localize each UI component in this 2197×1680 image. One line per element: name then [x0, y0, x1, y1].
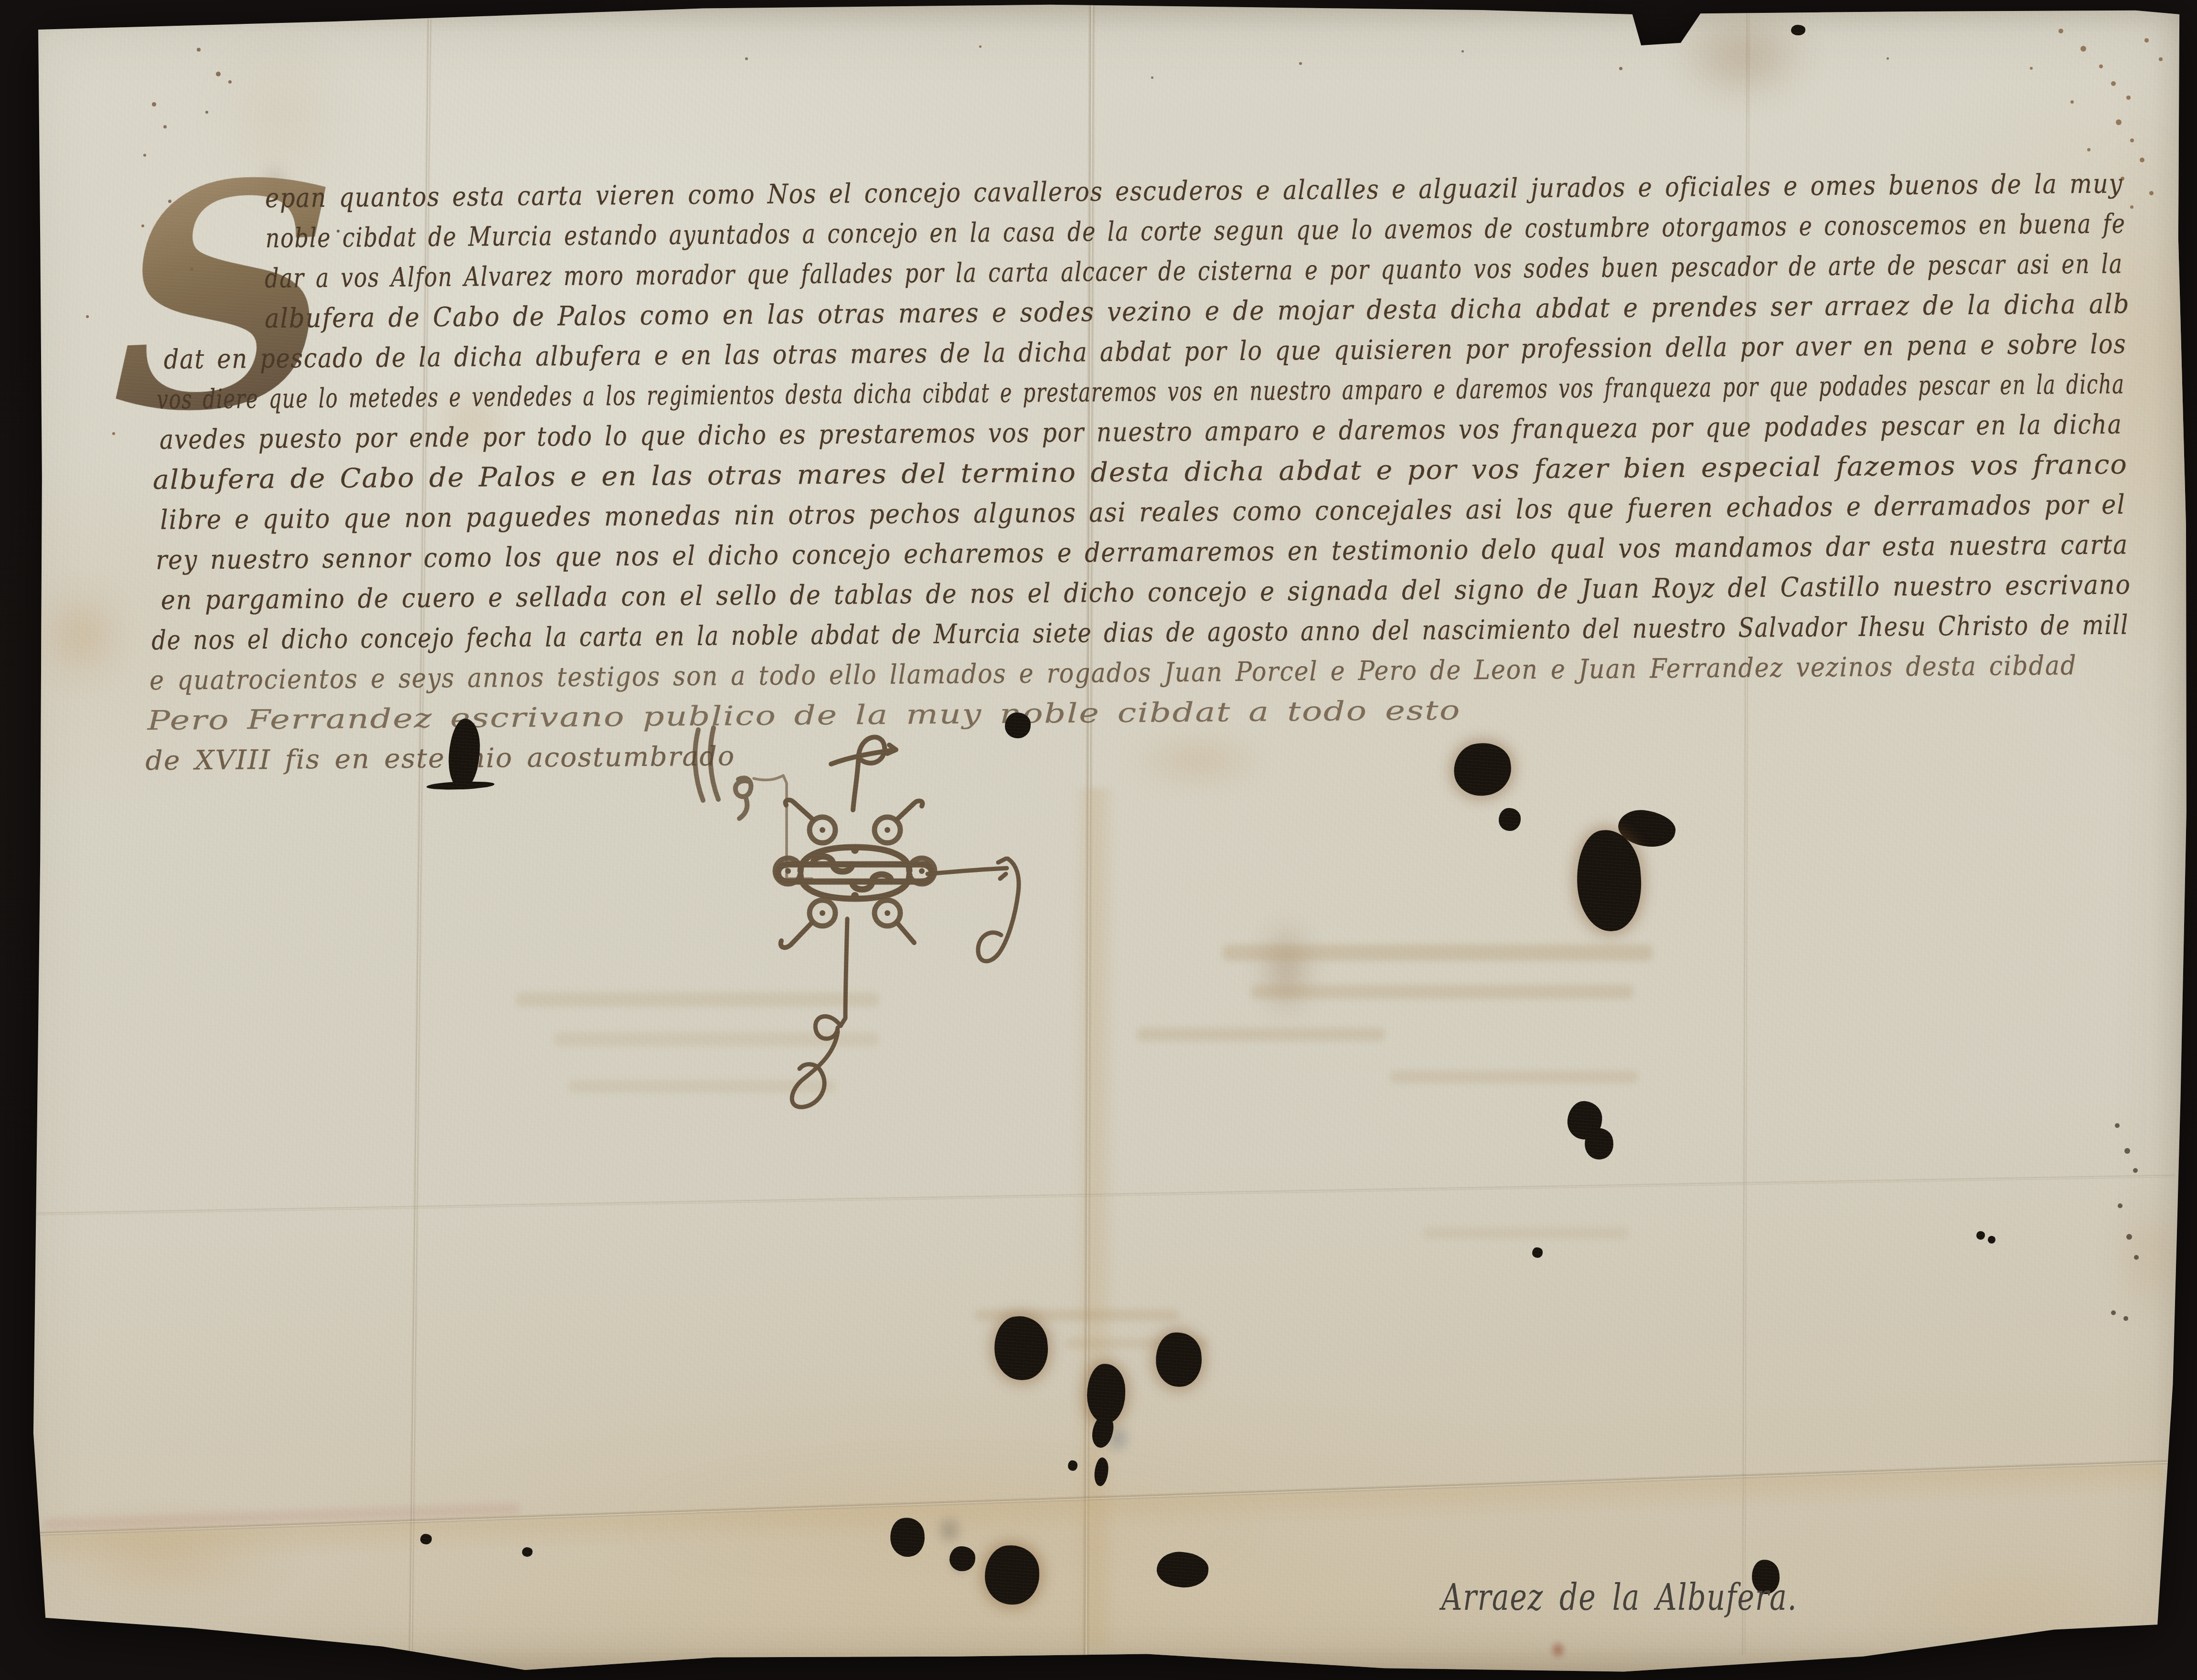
- manuscript-line: libre e quito que non paguedes monedas n…: [160, 489, 2126, 535]
- manuscript-line: epan quantos esta carta vieren como Nos …: [265, 168, 2123, 214]
- scanned-parchment-charter: S epan quantos esta carta vieren como No…: [0, 0, 2197, 1680]
- manuscript-line: de XVIII fis en este mio acostumbrado: [145, 741, 735, 776]
- manuscript-line: albufera de Cabo de Palos como en las ot…: [265, 288, 2130, 334]
- manuscript-line: dat en pescado de la dicha albufera e en…: [164, 329, 2127, 375]
- notarial-sign-icon: [669, 707, 1079, 1117]
- manuscript-text-block: S epan quantos esta carta vieren como No…: [0, 0, 2197, 1680]
- manuscript-line: en pargamino de cuero e sellada con el s…: [160, 569, 2131, 616]
- manuscript-line: rey nuestro sennor como los que nos el d…: [156, 529, 2129, 575]
- parchment-sheet: S epan quantos esta carta vieren como No…: [0, 0, 2197, 1680]
- archivist-annotation: Arraez de la Albufera.: [1441, 1576, 1797, 1618]
- manuscript-line: albufera de Cabo de Palos e en las otras…: [152, 449, 2128, 495]
- sig-mark-icon: [695, 728, 751, 819]
- manuscript-line: avedes puesto por ende por todo lo que d…: [160, 409, 2122, 455]
- manuscript-line: noble cibdat de Murcia estando ayuntados…: [266, 208, 2126, 254]
- manuscript-line: e quatrocientos e seys annos testigos so…: [149, 650, 2077, 696]
- manuscript-line: vos diere que lo metedes e vendedes a lo…: [157, 369, 2125, 415]
- manuscript-line: dar a vos Alfon Alvarez moro morador que…: [265, 248, 2123, 294]
- manuscript-line: de nos el dicho concejo fecha la carta e…: [151, 609, 2129, 656]
- parchment-surface: S epan quantos esta carta vieren como No…: [0, 0, 2197, 1680]
